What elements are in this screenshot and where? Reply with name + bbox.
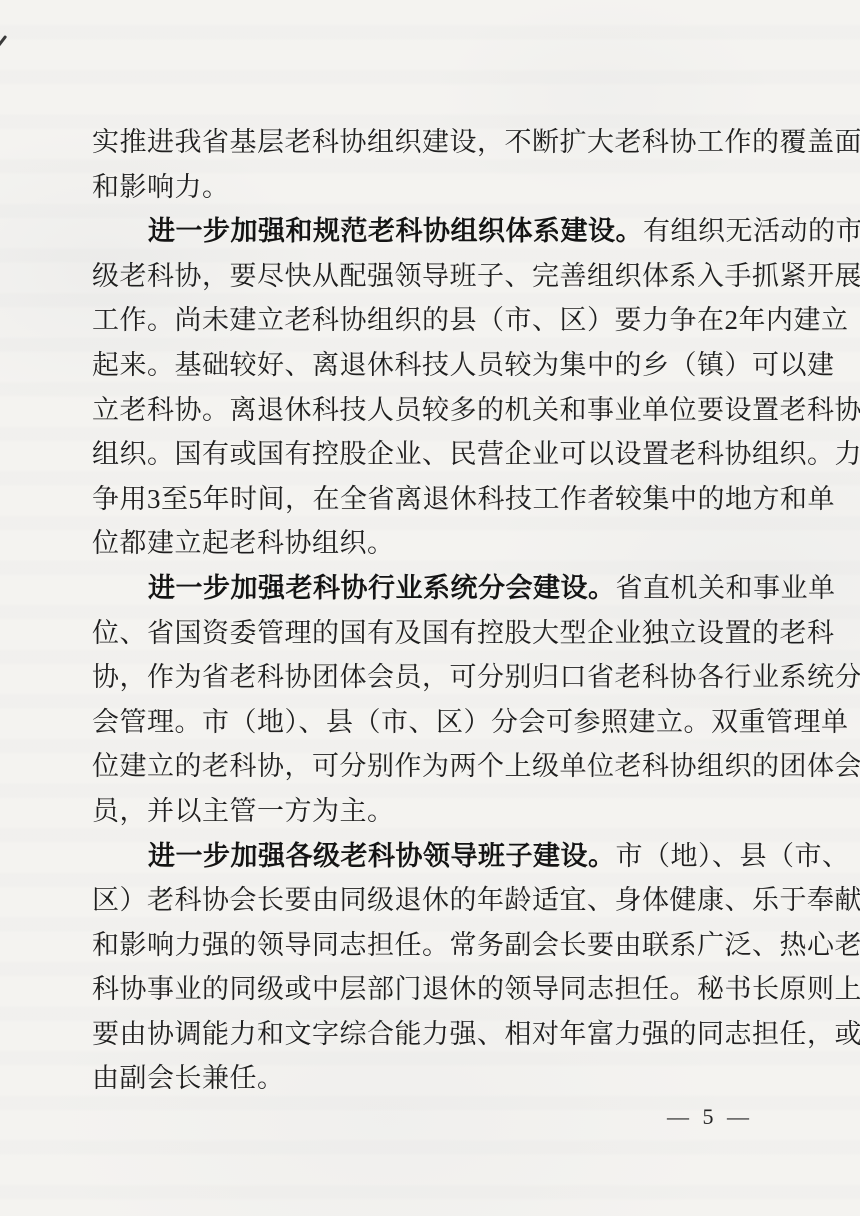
text-line: 和影响力强的领导同志担任。常务副会长要由联系广泛、热心老 xyxy=(92,923,824,968)
text-line: 实推进我省基层老科协组织建设，不断扩大老科协工作的覆盖面 xyxy=(92,120,824,165)
text-line: 协，作为省老科协团体会员，可分别归口省老科协各行业系统分 xyxy=(92,655,824,700)
text-line: 进一步加强老科协行业系统分会建设。省直机关和事业单 xyxy=(92,566,824,611)
text-line: 员，并以主管一方为主。 xyxy=(92,789,824,834)
text-line: 级老科协，要尽快从配强领导班子、完善组织体系入手抓紧开展 xyxy=(92,254,824,299)
text-line: 要由协调能力和文字综合能力强、相对年富力强的同志担任，或 xyxy=(92,1012,824,1057)
text-line: 组织。国有或国有控股企业、民营企业可以设置老科协组织。力 xyxy=(92,432,824,477)
text-line: 由副会长兼任。 xyxy=(92,1056,824,1101)
page-number: — 5 — xyxy=(660,1104,760,1130)
text-line: 区）老科协会长要由同级退休的年龄适宜、身体健康、乐于奉献 xyxy=(92,878,824,923)
text-line: 争用3至5年时间，在全省离退休科技工作者较集中的地方和单 xyxy=(92,477,824,522)
document-body: 实推进我省基层老科协组织建设，不断扩大老科协工作的覆盖面和影响力。进一步加强和规… xyxy=(92,120,824,1101)
text-line: 立老科协。离退休科技人员较多的机关和事业单位要设置老科协 xyxy=(92,388,824,433)
text-line: 会管理。市（地）、县（市、区）分会可参照建立。双重管理单 xyxy=(92,700,824,745)
scanned-document-page: 实推进我省基层老科协组织建设，不断扩大老科协工作的覆盖面和影响力。进一步加强和规… xyxy=(0,0,860,1216)
text-line: 位、省国资委管理的国有及国有控股大型企业独立设置的老科 xyxy=(92,611,824,656)
ink-mark xyxy=(0,35,7,51)
text-line: 进一步加强各级老科协领导班子建设。市（地）、县（市、 xyxy=(92,834,824,879)
text-line: 进一步加强和规范老科协组织体系建设。有组织无活动的市 xyxy=(92,209,824,254)
text-line: 工作。尚未建立老科协组织的县（市、区）要力争在2年内建立 xyxy=(92,298,824,343)
text-line: 位建立的老科协，可分别作为两个上级单位老科协组织的团体会 xyxy=(92,744,824,789)
bold-lead-sentence: 进一步加强老科协行业系统分会建设。 xyxy=(148,573,616,603)
text-line: 起来。基础较好、离退休科技人员较为集中的乡（镇）可以建 xyxy=(92,343,824,388)
text-line: 科协事业的同级或中层部门退休的领导同志担任。秘书长原则上 xyxy=(92,967,824,1012)
bold-lead-sentence: 进一步加强和规范老科协组织体系建设。 xyxy=(148,216,643,246)
text-line: 和影响力。 xyxy=(92,165,824,210)
bold-lead-sentence: 进一步加强各级老科协领导班子建设。 xyxy=(148,841,616,871)
text-line: 位都建立起老科协组织。 xyxy=(92,521,824,566)
